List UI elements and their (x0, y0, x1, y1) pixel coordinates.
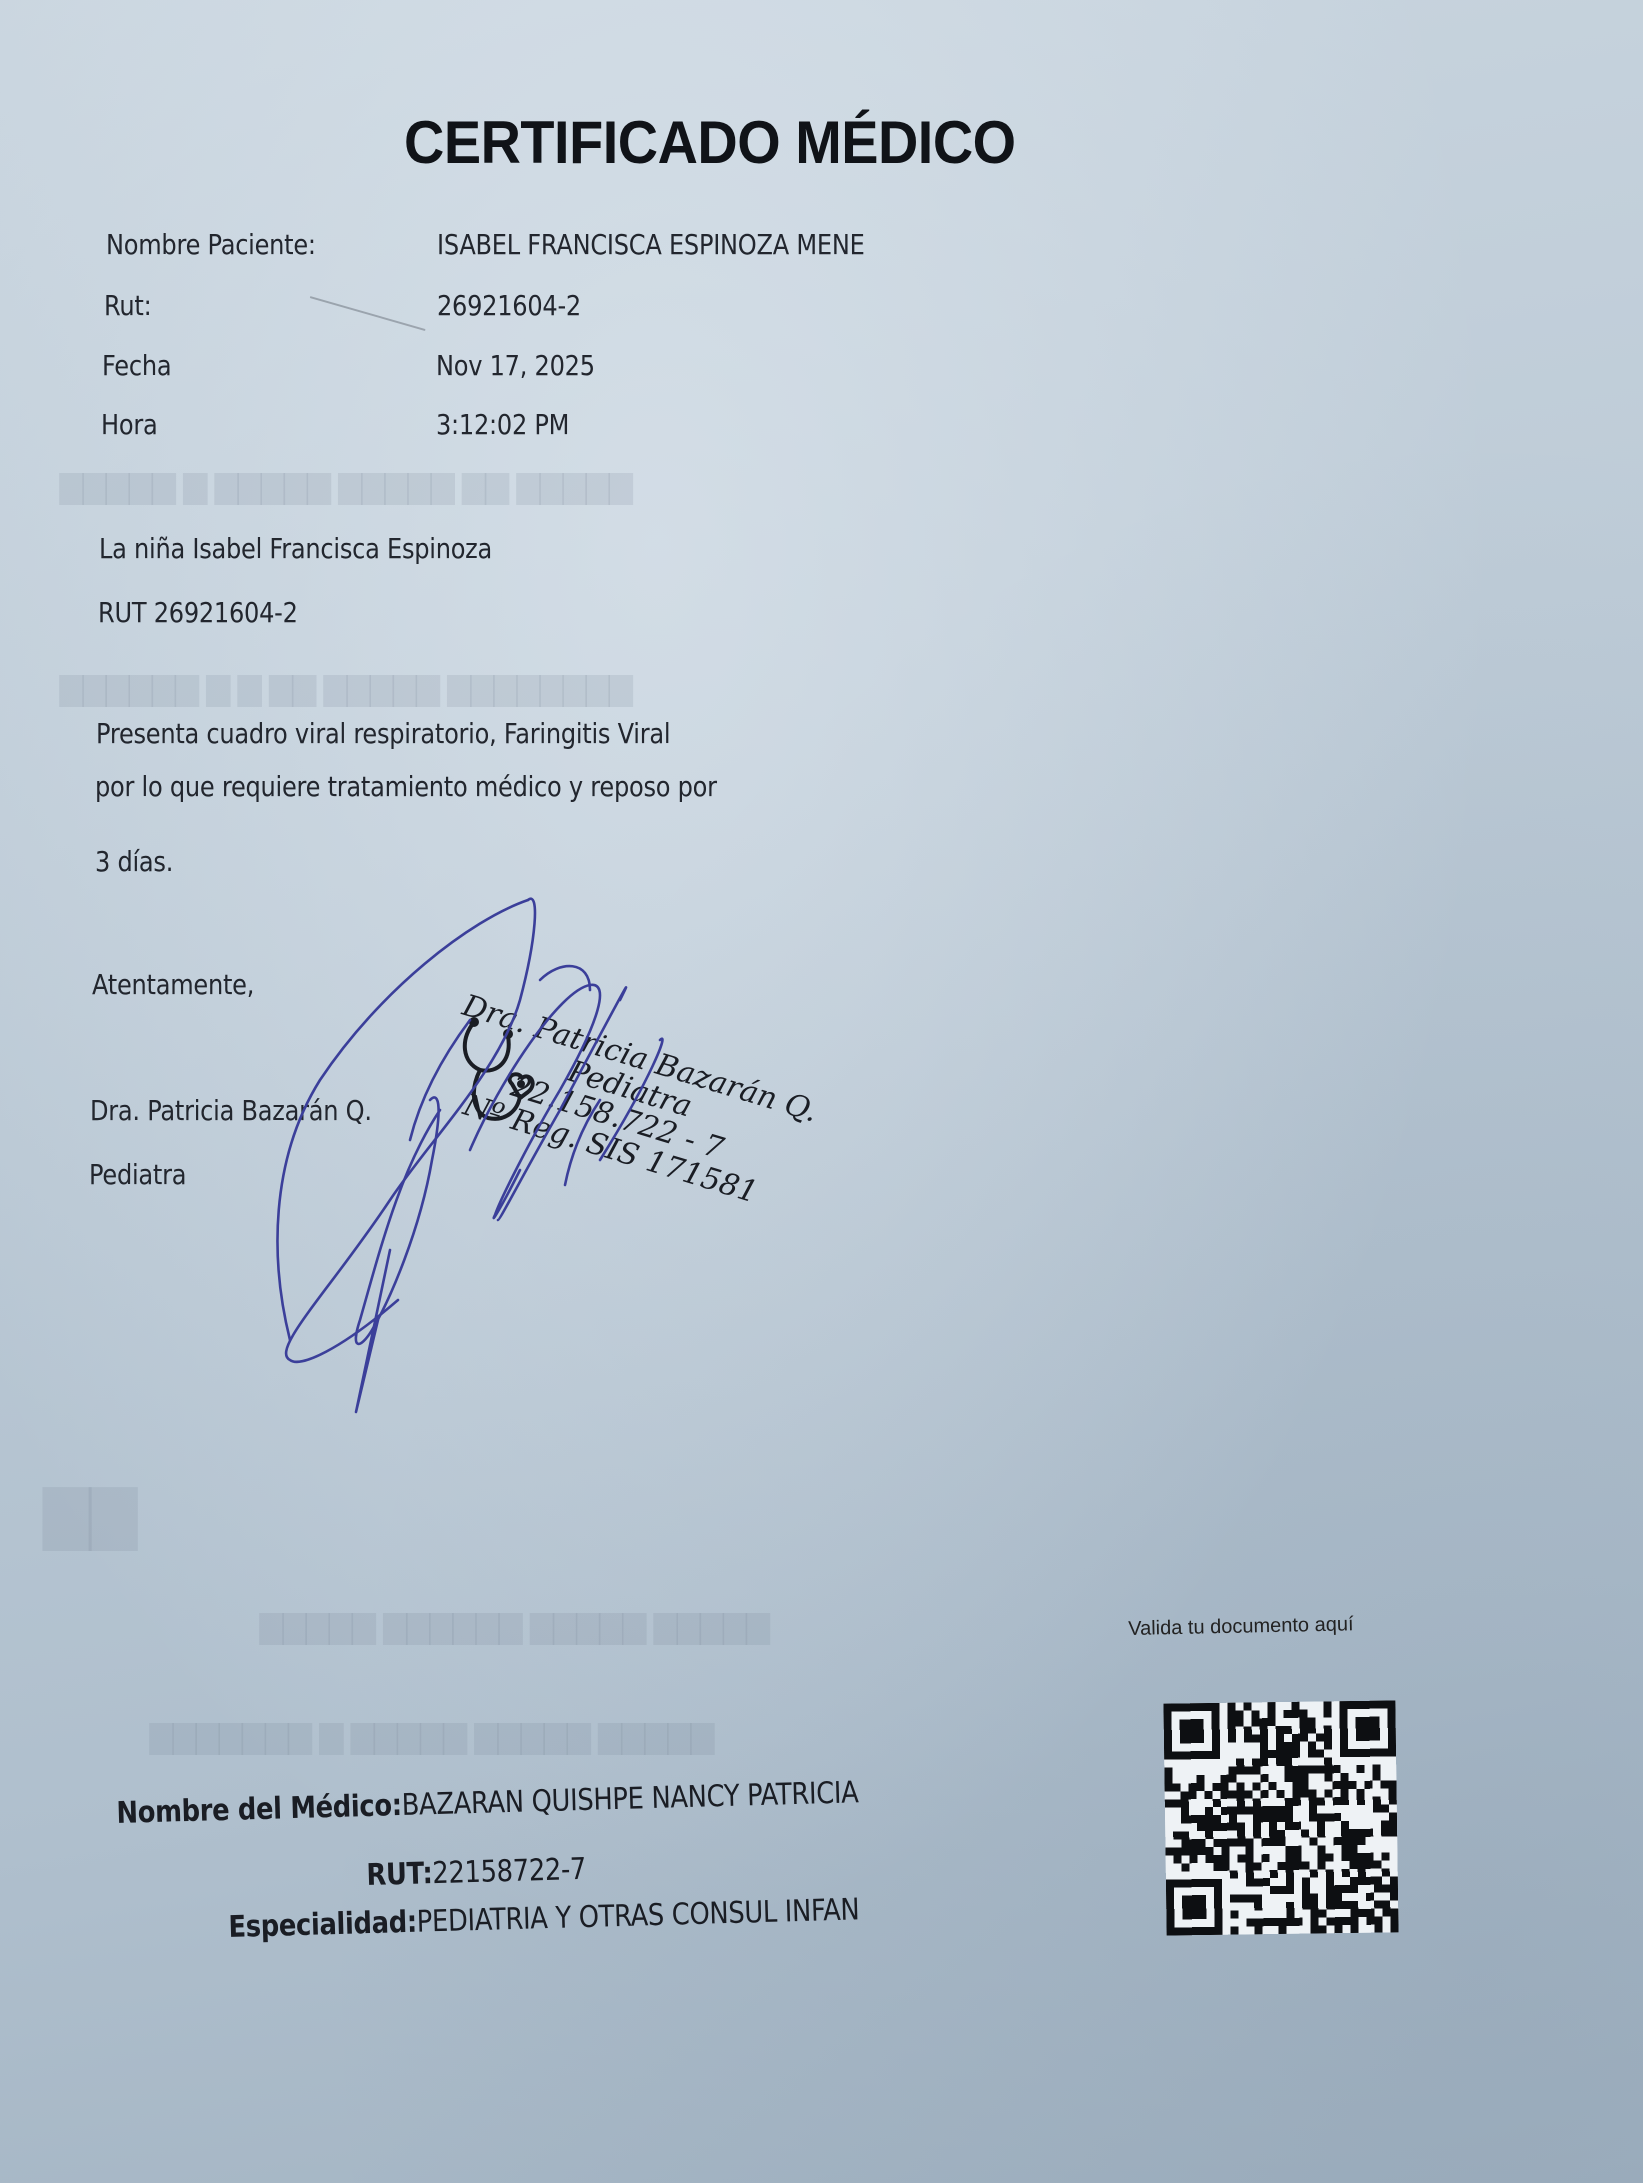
time-value: 3:12:02 PM (436, 408, 569, 441)
doctor-stamp: Dra. Patricia Bazarán Q. Pediatra 22.158… (431, 990, 821, 1218)
qr-code-icon[interactable] (1163, 1700, 1398, 1935)
document-title: CERTIFICADO MÉDICO (404, 108, 1016, 177)
paper-crease-mark (310, 296, 426, 331)
body-line: RUT 26921604-2 (98, 596, 298, 629)
bleed-through-block: ▇▇ (44, 1480, 136, 1550)
certificate-page: ▇▇▇▇▇ ▇ ▇▇▇▇▇ ▇▇▇▇▇ ▇▇ ▇▇▇▇▇ ▇▇▇▇▇▇ ▇ ▇ … (0, 0, 1643, 2183)
doctor-rut-value: 22158722-7 (432, 1852, 587, 1891)
bleed-through-text: ▇▇▇▇▇ ▇ ▇▇▇▇▇ ▇▇▇▇▇ ▇▇ ▇▇▇▇▇ (60, 470, 632, 505)
qr-caption: Valida tu documento aquí (1128, 1613, 1354, 1641)
doctor-name-label: Nombre del Médico: (116, 1788, 402, 1831)
signatory-title: Pediatra (89, 1158, 186, 1191)
patient-name-label: Nombre Paciente: (106, 228, 316, 261)
bleed-through-text: ▇▇▇▇▇ ▇▇▇▇▇▇ ▇▇▇▇▇ ▇▇▇▇▇ (260, 1610, 770, 1645)
doctor-rut-line: RUT:22158722-7 (366, 1852, 586, 1893)
body-line: Presenta cuadro viral respiratorio, Fari… (96, 717, 670, 750)
bleed-through-text: ▇▇▇▇▇▇ ▇ ▇ ▇▇ ▇▇▇▇▇ ▇▇▇▇▇▇▇▇ (60, 672, 632, 707)
body-line: La niña Isabel Francisca Espinoza (99, 532, 492, 565)
patient-rut-label: Rut: (104, 289, 151, 322)
patient-rut-value: 26921604-2 (437, 289, 581, 322)
date-label: Fecha (102, 349, 171, 382)
doctor-rut-label: RUT: (366, 1856, 433, 1893)
doctor-specialty-line: Especialidad:PEDIATRIA Y OTRAS CONSUL IN… (228, 1892, 860, 1945)
closing-text: Atentamente, (92, 968, 254, 1001)
body-line: por lo que requiere tratamiento médico y… (95, 770, 717, 803)
signatory-name: Dra. Patricia Bazarán Q. (90, 1094, 372, 1127)
doctor-name-line: Nombre del Médico:BAZARAN QUISHPE NANCY … (116, 1775, 859, 1831)
bleed-through-text: ▇▇▇▇▇▇▇ ▇ ▇▇▇▇▇ ▇▇▇▇▇ ▇▇▇▇▇ (150, 1720, 714, 1755)
patient-name-value: ISABEL FRANCISCA ESPINOZA MENE (437, 228, 865, 261)
doctor-specialty-value: PEDIATRIA Y OTRAS CONSUL INFAN (416, 1892, 860, 1939)
time-label: Hora (101, 408, 157, 441)
body-line: 3 días. (95, 845, 173, 878)
doctor-name-value: BAZARAN QUISHPE NANCY PATRICIA (401, 1775, 859, 1823)
doctor-specialty-label: Especialidad: (228, 1905, 417, 1945)
date-value: Nov 17, 2025 (436, 349, 595, 382)
